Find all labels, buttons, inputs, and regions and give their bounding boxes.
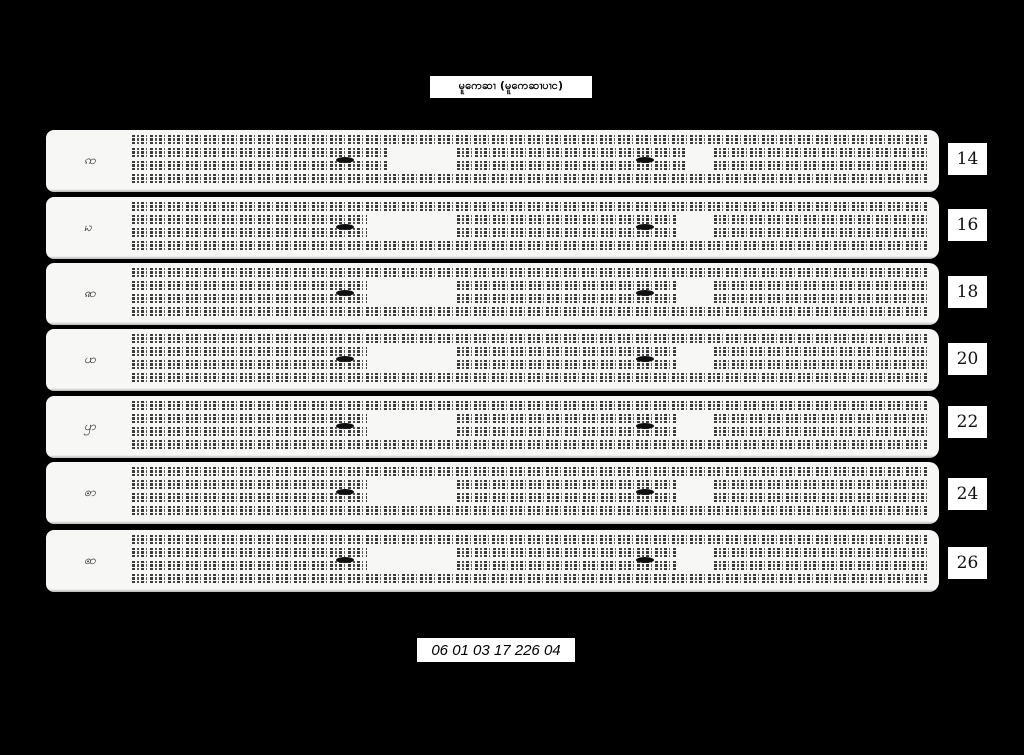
binding-hole [336, 224, 354, 230]
page-number-label: 24 [948, 478, 987, 510]
script-text-block [132, 401, 927, 453]
binding-hole [636, 356, 654, 362]
page-number-label: 18 [948, 276, 987, 308]
palm-leaf-3: ꩣ [46, 263, 939, 325]
page-number-label: 20 [948, 343, 987, 375]
page-number-label: 22 [948, 406, 987, 438]
script-text-block [132, 135, 927, 187]
binding-hole [336, 557, 354, 563]
folio-mark: ꩡ [84, 152, 96, 170]
folio-mark: ꩤ [84, 351, 96, 369]
microfilm-reference-label: 06 01 03 17 226 04 [417, 638, 575, 662]
palm-leaf-4: ꩤ [46, 329, 939, 391]
binding-hole [336, 423, 354, 429]
script-text-block [132, 334, 927, 386]
palm-leaf-6: ꩦ [46, 462, 939, 524]
binding-hole [636, 157, 654, 163]
palm-leaf-2: ꩢ [46, 197, 939, 259]
folio-mark: ꩦ [84, 484, 96, 502]
page-number-label: 14 [948, 143, 987, 175]
script-text-block [132, 535, 927, 587]
binding-hole [636, 423, 654, 429]
folio-mark: ꩣ [84, 285, 96, 303]
manuscript-title-label: မူကေဆၢ (မူကေဆၢပၢင) [430, 76, 592, 98]
script-text-block [132, 268, 927, 320]
binding-hole [636, 224, 654, 230]
folio-mark: ꩥ [84, 418, 96, 436]
binding-hole [636, 290, 654, 296]
palm-leaf-5: ꩥ [46, 396, 939, 458]
page-number-label: 16 [948, 209, 987, 241]
page-number-label: 26 [948, 547, 987, 579]
folio-mark: ꩢ [84, 219, 92, 237]
binding-hole [636, 557, 654, 563]
binding-hole [336, 157, 354, 163]
script-text-block [132, 467, 927, 519]
palm-leaf-1: ꩡ [46, 130, 939, 192]
binding-hole [336, 489, 354, 495]
binding-hole [336, 356, 354, 362]
binding-hole [336, 290, 354, 296]
binding-hole [636, 489, 654, 495]
palm-leaf-7: ꩧ [46, 530, 939, 592]
script-text-block [132, 202, 927, 254]
folio-mark: ꩧ [84, 552, 96, 570]
